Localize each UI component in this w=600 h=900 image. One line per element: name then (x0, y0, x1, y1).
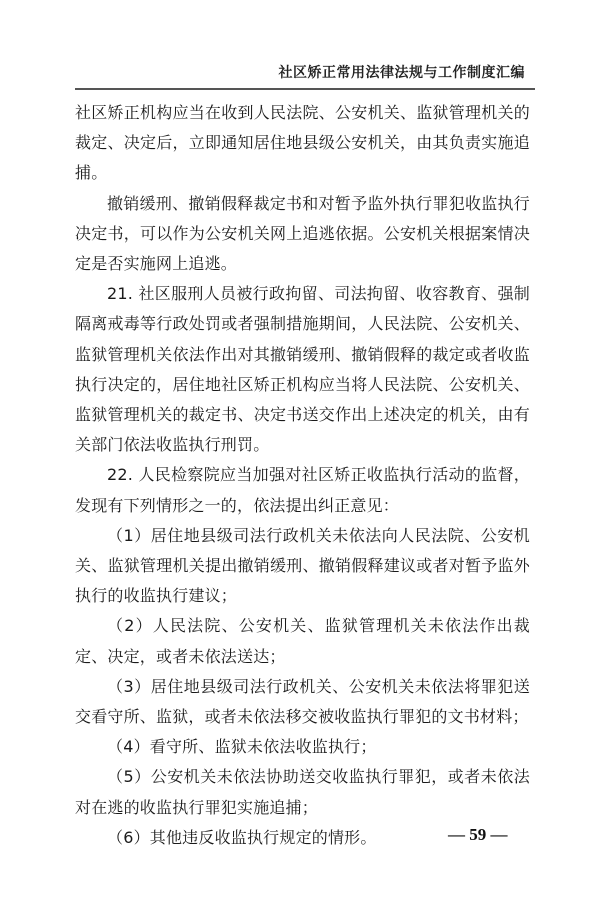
list-item-4: （4）看守所、监狱未依法收监执行； (75, 732, 530, 762)
header-rule (75, 88, 535, 90)
document-body: 社区矫正机构应当在收到人民法院、公安机关、监狱管理机关的裁定、决定后，立即通知居… (75, 98, 530, 853)
page-number: — 59 — (448, 825, 508, 845)
paragraph-revocation-documents: 撤销缓刑、撤销假释裁定书和对暂予监外执行罪犯收监执行决定书，可以作为公安机关网上… (75, 189, 530, 280)
list-item-2: （2）人民法院、公安机关、监狱管理机关未依法作出裁定、决定，或者未依法送达； (75, 611, 530, 671)
list-item-3: （3）居住地县级司法行政机关、公安机关未依法将罪犯送交看守所、监狱，或者未依法移… (75, 672, 530, 732)
running-header-title: 社区矫正常用法律法规与工作制度汇编 (75, 62, 525, 82)
list-item-5: （5）公安机关未依法协助送交收监执行罪犯，或者未依法对在逃的收监执行罪犯实施追捕… (75, 762, 530, 822)
paragraph-article-22: 22. 人民检察院应当加强对社区矫正收监执行活动的监督，发现有下列情形之一的，依… (75, 460, 530, 520)
list-item-1: （1）居住地县级司法行政机关未依法向人民法院、公安机关、监狱管理机关提出撤销缓刑… (75, 521, 530, 612)
paragraph-continuation: 社区矫正机构应当在收到人民法院、公安机关、监狱管理机关的裁定、决定后，立即通知居… (75, 98, 530, 189)
paragraph-article-21: 21. 社区服刑人员被行政拘留、司法拘留、收容教育、强制隔离戒毒等行政处罚或者强… (75, 279, 530, 460)
